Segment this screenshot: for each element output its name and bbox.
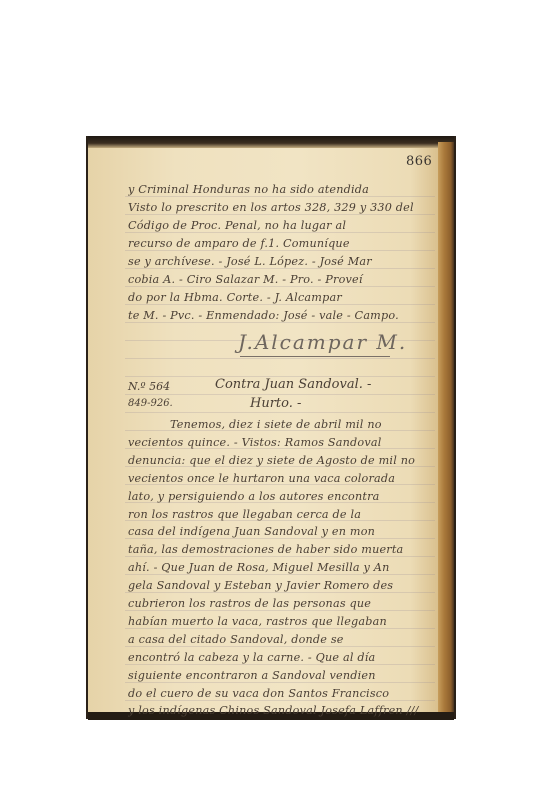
signature-underline (240, 356, 390, 357)
ruled-line (125, 700, 435, 701)
ruled-line (125, 214, 435, 215)
ruled-line (125, 412, 435, 413)
text-line: casa del indígena Juan Sandoval y en mon (128, 525, 433, 538)
text-line: se y archívese. - José L. López. - José … (128, 255, 433, 268)
ruled-line (125, 628, 435, 629)
case-subtitle: Hurto. - (250, 396, 301, 411)
ruled-line (125, 196, 435, 197)
text-line: vecientos quince. - Vistos: Ramos Sandov… (128, 436, 433, 449)
ruled-line (125, 304, 435, 305)
folio-reference: 849-926. (128, 398, 173, 409)
text-line: cubrieron los rastros de las personas qu… (128, 597, 433, 610)
page-number: 866 (406, 154, 432, 169)
text-line: te M. - Pvc. - Enmendado: José - vale - … (128, 309, 433, 322)
signature: J.Alcampar M. (238, 330, 407, 354)
ruled-line (125, 610, 435, 611)
ruled-line (125, 592, 435, 593)
ruled-line (125, 394, 435, 395)
book-top-edge (88, 136, 454, 148)
ruled-line (125, 232, 435, 233)
text-line: Visto lo prescrito en los artos 328, 329… (128, 201, 433, 214)
ruled-line (125, 286, 435, 287)
text-line: Tenemos, diez i siete de abril mil no (170, 418, 475, 431)
case-title: Contra Juan Sandoval. - (215, 377, 371, 392)
ruled-line (125, 268, 435, 269)
ruled-line (125, 664, 435, 665)
text-line: vecientos once le hurtaron una vaca colo… (128, 472, 433, 485)
text-line: Código de Proc. Penal, no ha lugar al (128, 219, 433, 232)
text-line: ron los rastros que llegaban cerca de la (128, 508, 433, 521)
ruled-line (125, 358, 435, 359)
text-line: a casa del citado Sandoval, donde se (128, 633, 433, 646)
text-line: encontró la cabeza y la carne. - Que al … (128, 651, 433, 664)
ruled-line (125, 682, 435, 683)
text-line: lato, y persiguiendo a los autores encon… (128, 490, 433, 503)
ruled-line (125, 250, 435, 251)
text-line: gela Sandoval y Esteban y Javier Romero … (128, 579, 433, 592)
text-line: ahí. - Que Juan de Rosa, Miguel Mesilla … (128, 561, 433, 574)
text-line: siguiente encontraron a Sandoval vendien (128, 669, 433, 682)
ruled-line (125, 322, 435, 323)
text-line: do por la Hbma. Corte. - J. Alcampar (128, 291, 433, 304)
text-line: taña, las demostraciones de haber sido m… (128, 543, 433, 556)
case-number: N.º 564 (128, 380, 170, 393)
text-line: y los indígenas Chinos Sandoval Josefa L… (128, 704, 433, 717)
ruled-line (125, 646, 435, 647)
text-line: do el cuero de su vaca don Santos Franci… (128, 687, 433, 700)
text-line: habían muerto la vaca, rastros que llega… (128, 615, 433, 628)
text-line: cobia A. - Ciro Salazar M. - Pro. - Prov… (128, 273, 433, 286)
text-line: recurso de amparo de f.1. Comuníque (128, 237, 433, 250)
text-line: y Criminal Honduras no ha sido atendida (128, 183, 433, 196)
text-line: denuncia: que el diez y siete de Agosto … (128, 454, 433, 467)
